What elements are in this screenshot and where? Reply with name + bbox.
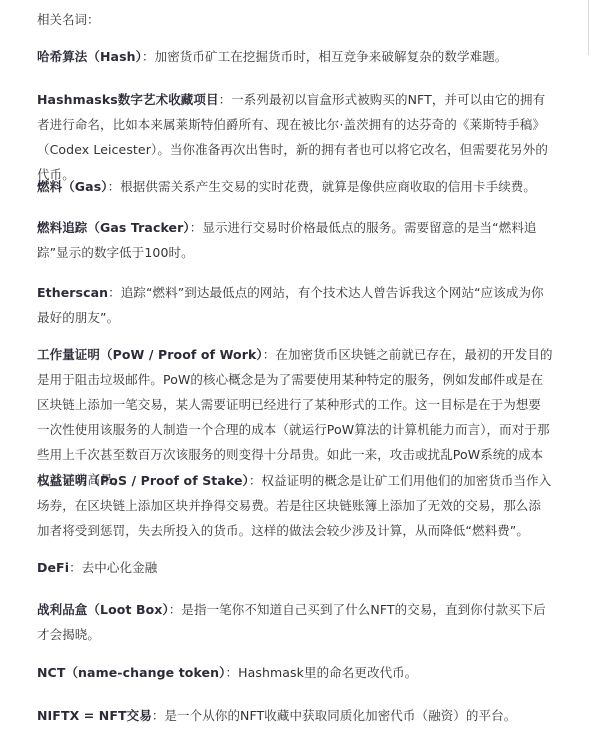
entry-term: NCT（name-change token） — [37, 665, 225, 680]
entry-separator: ： — [219, 92, 232, 107]
entry-separator: ： — [108, 285, 121, 300]
entry-definition: 加密货币矿工在挖掘货币时，相互竞争来破解复杂的数学难题。 — [155, 49, 508, 64]
entry-definition: 去中心化金融 — [82, 560, 158, 575]
glossary-entry-hash: 哈希算法（Hash）：加密货币矿工在挖掘货币时，相互竞争来破解复杂的数学难题。 — [37, 44, 553, 69]
entry-term: DeFi — [37, 560, 69, 575]
glossary-entry-loot-box: 战利品盒（Loot Box）：是指一笔你不知道自己买到了什么NFT的交易，直到你… — [37, 597, 553, 647]
glossary-entry-hashmasks: Hashmasks数字艺术收藏项目：一系列最初以盲盒形式被购买的NFT，并可以由… — [37, 87, 553, 187]
glossary-entry-gas-tracker: 燃料追踪（Gas Tracker）：显示进行交易时价格最低点的服务。需要留意的是… — [37, 215, 553, 265]
entry-term: 燃料追踪（Gas Tracker） — [37, 220, 190, 235]
entry-term: 燃料（Gas） — [37, 179, 108, 194]
entry-separator: ： — [152, 708, 165, 723]
glossary-entry-defi: DeFi：去中心化金融 — [37, 555, 553, 580]
entry-definition: 是一个从你的NFT收藏中获取同质化加密代币（融资）的平台。 — [164, 708, 516, 723]
glossary-entry-niftx: NIFTX = NFT交易：是一个从你的NFT收藏中获取同质化加密代币（融资）的… — [37, 703, 553, 728]
entry-term: 工作量证明（PoW / Proof of Work） — [37, 347, 263, 362]
entry-separator: ： — [169, 602, 182, 617]
entry-separator: ： — [249, 473, 262, 488]
entry-separator: ： — [190, 220, 203, 235]
entry-separator: ： — [108, 179, 121, 194]
entry-term: NIFTX = NFT交易 — [37, 708, 152, 723]
entry-definition: 根据供需关系产生交易的实时花费，就算是像供应商收取的信用卡手续费。 — [120, 179, 536, 194]
glossary-entry-nct: NCT（name-change token）：Hashmask里的命名更改代币。 — [37, 660, 553, 685]
entry-separator: ： — [263, 347, 276, 362]
entry-separator: ： — [142, 49, 155, 64]
entry-term: 哈希算法（Hash） — [37, 49, 142, 64]
glossary-heading: 相关名词： — [37, 10, 100, 30]
entry-term: 战利品盒（Loot Box） — [37, 602, 169, 617]
scroll-edge-line — [588, 0, 589, 55]
glossary-entry-gas: 燃料（Gas）：根据供需关系产生交易的实时花费，就算是像供应商收取的信用卡手续费… — [37, 174, 553, 199]
entry-definition: Hashmask里的命名更改代币。 — [238, 665, 417, 680]
entry-separator: ： — [69, 560, 82, 575]
entry-definition: 在加密货币区块链之前就已存在，最初的开发目的是用于阻击垃圾邮件。PoW的核心概念… — [37, 347, 553, 487]
glossary-entry-pos: 权益证明（PoS / Proof of Stake）：权益证明的概念是让矿工们用… — [37, 468, 553, 543]
entry-separator: ： — [225, 665, 238, 680]
entry-term: Etherscan — [37, 285, 108, 300]
entry-term: Hashmasks数字艺术收藏项目 — [37, 92, 219, 107]
entry-term: 权益证明（PoS / Proof of Stake） — [37, 473, 249, 488]
glossary-entry-etherscan: Etherscan：追踪“燃料”到达最低点的网站，有个技术达人曾告诉我这个网站“… — [37, 280, 553, 330]
